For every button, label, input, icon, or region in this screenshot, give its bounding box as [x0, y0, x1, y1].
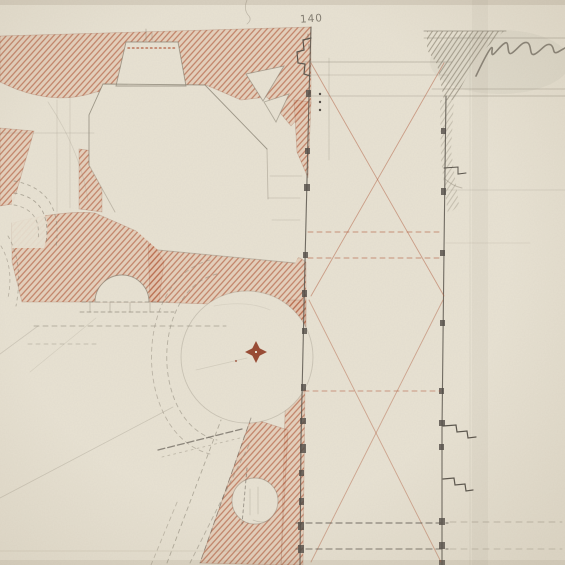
handwritten-number: 140 — [300, 12, 324, 26]
plan-drawing-sheet: 140 — [0, 0, 565, 565]
plan-drawing — [0, 0, 565, 565]
vignette — [0, 0, 565, 565]
